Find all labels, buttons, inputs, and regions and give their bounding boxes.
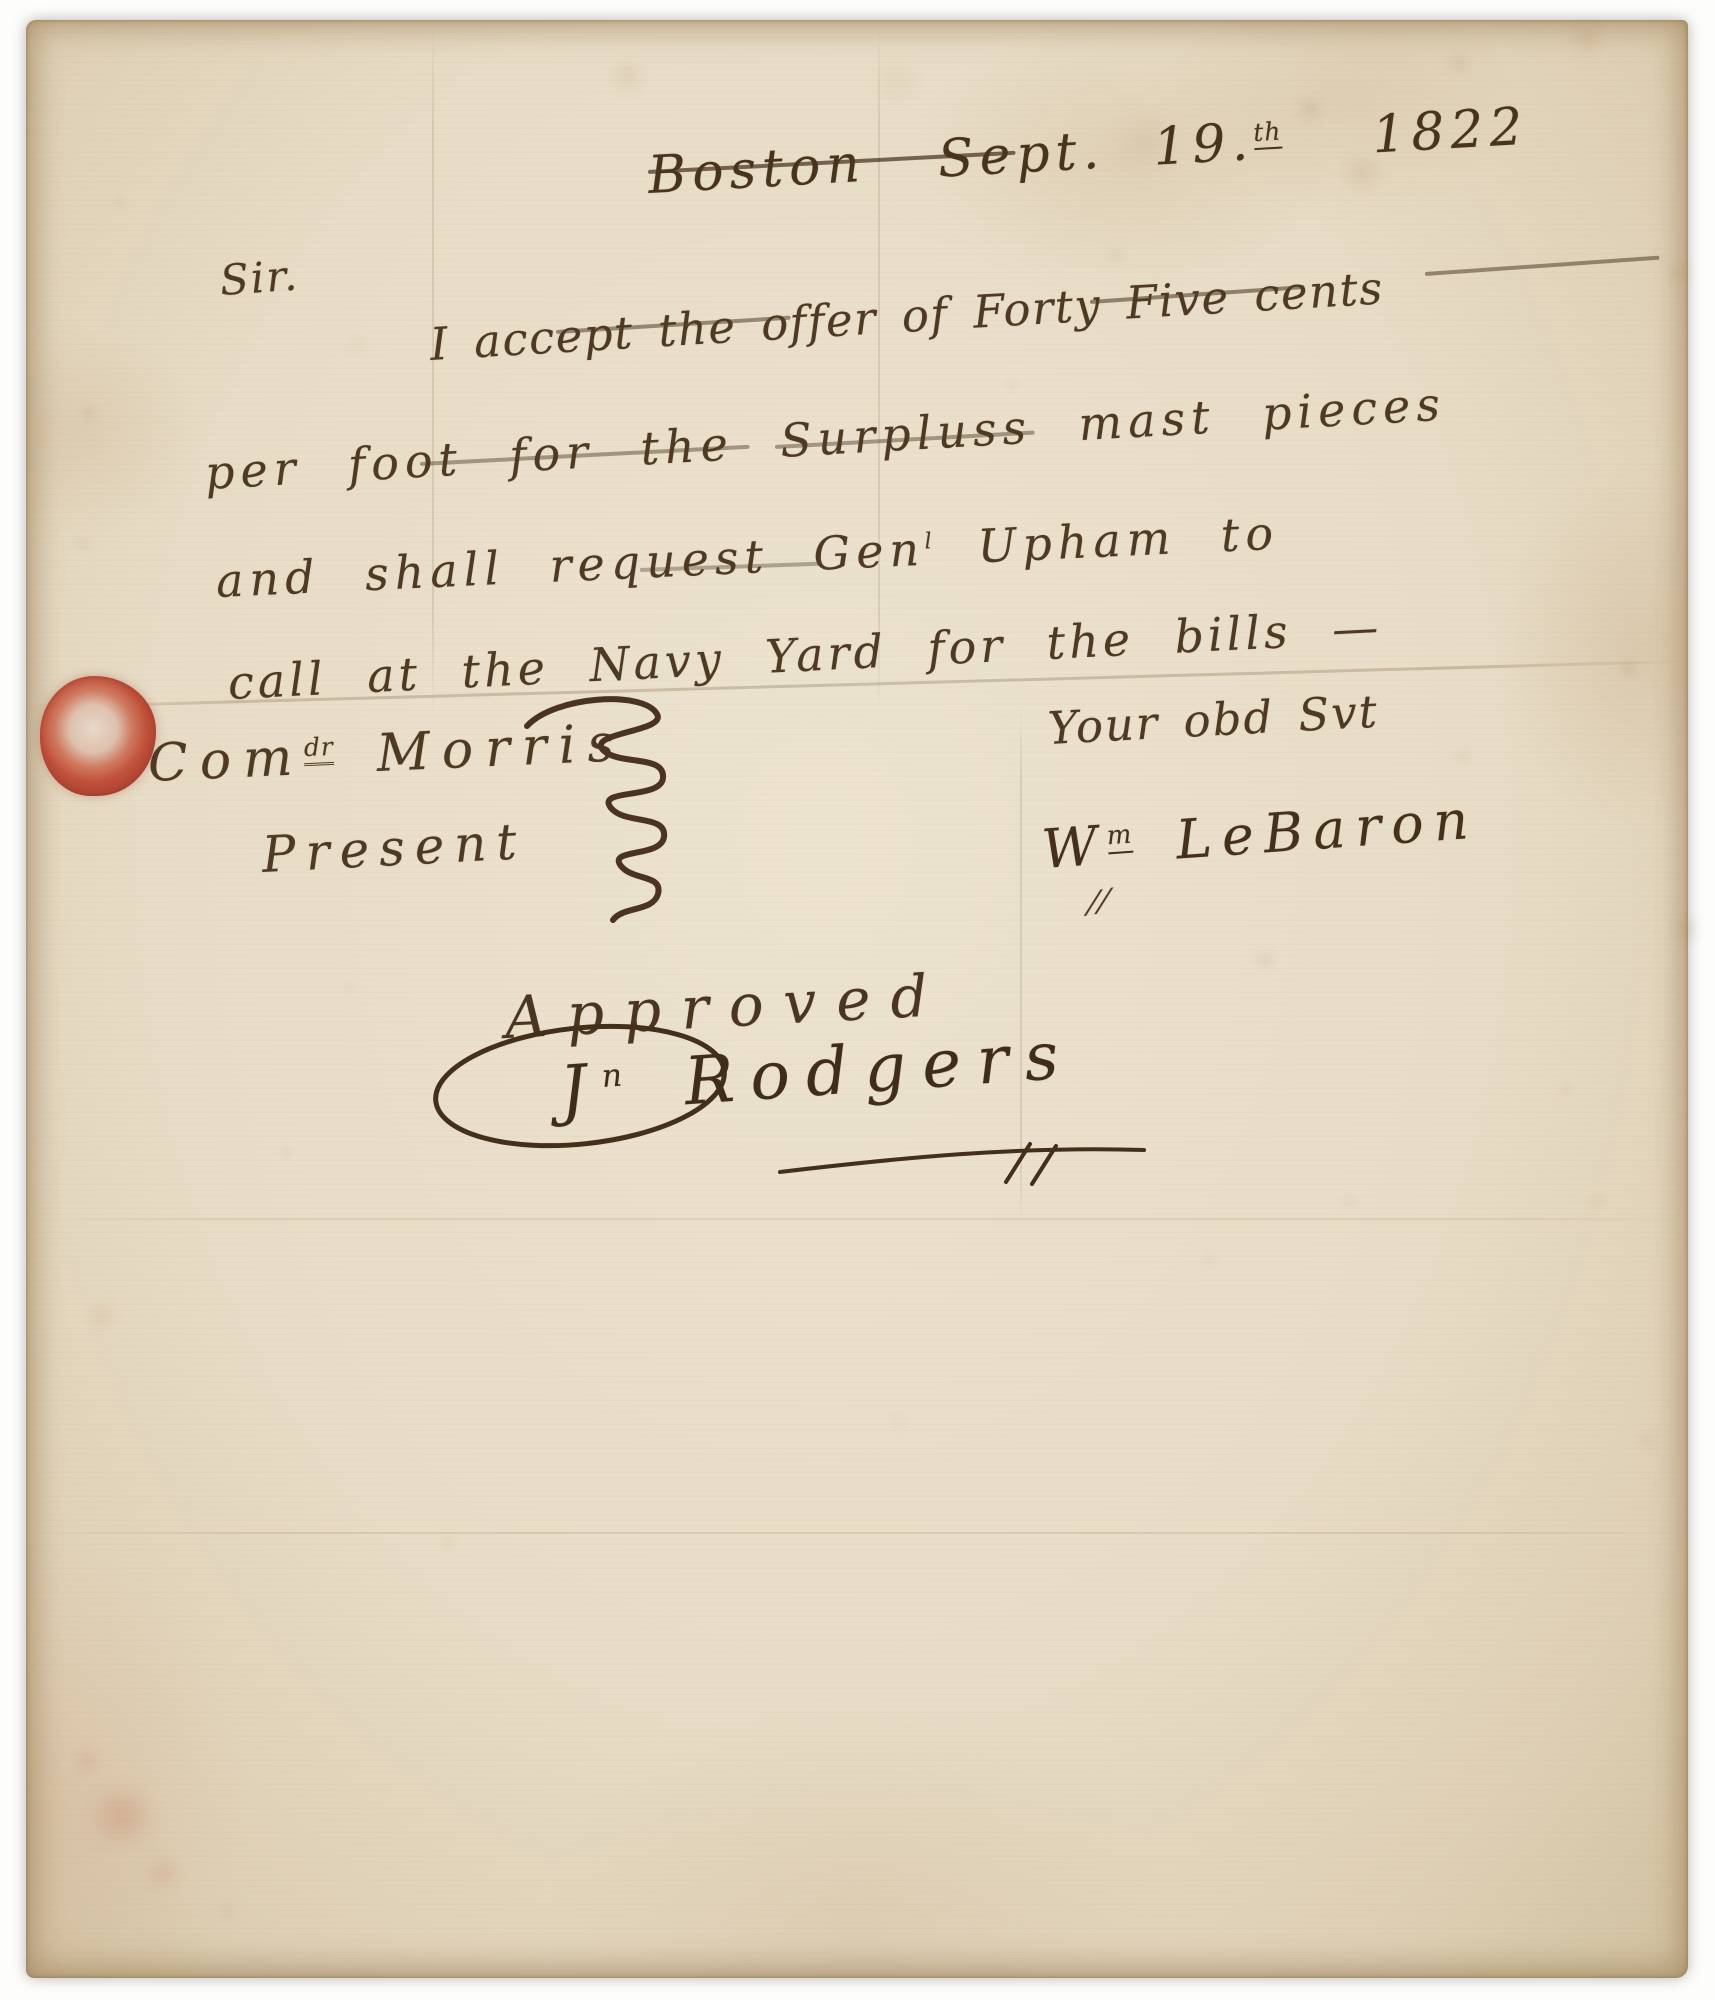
signature-underline-flourish: [778, 1140, 1148, 1188]
fold-crease-horizontal: [30, 1532, 1680, 1534]
dateline-year: 1822: [1371, 97, 1530, 166]
wm-superscript: m: [1106, 820, 1134, 855]
foxing-spots-pink: [26, 20, 28, 22]
zigzag-flourish: [525, 688, 675, 926]
address-line-1-text: Com: [147, 727, 306, 794]
dateline-date-superscript: th: [1252, 116, 1282, 150]
signature-lebaron-text: W: [1040, 814, 1110, 881]
signature-rodgers-text: J: [557, 1049, 605, 1129]
salutation: Sir.: [218, 251, 300, 305]
comdr-superscript: dr: [303, 732, 334, 766]
jn-superscript: n: [600, 1058, 624, 1095]
fold-crease-horizontal: [30, 1218, 1680, 1220]
fold-crease-vertical: [878, 25, 880, 715]
dateline-place: Boston: [646, 134, 867, 206]
